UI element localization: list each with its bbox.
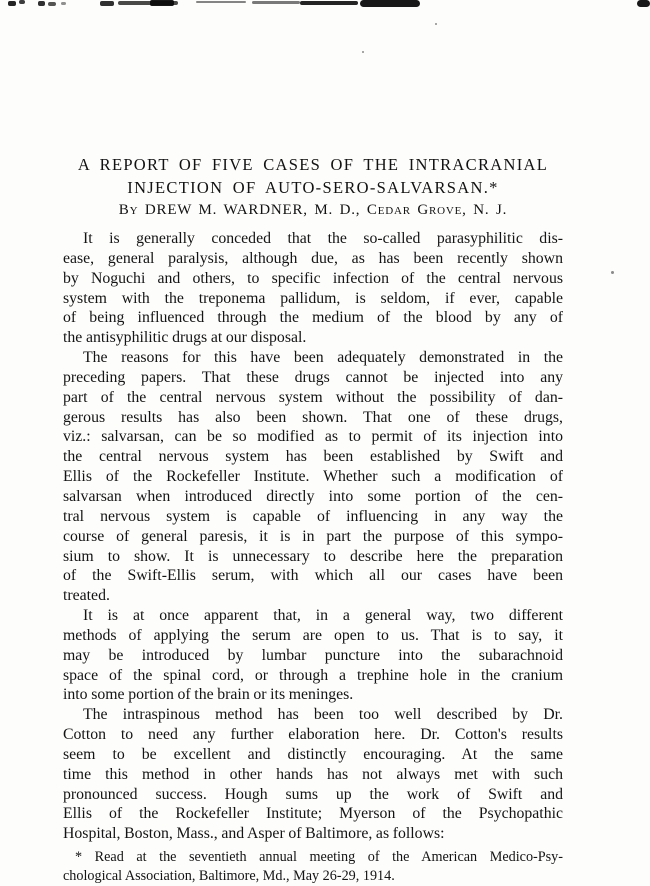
text-line: pronounced success. Hough sums up the wo… (63, 785, 563, 805)
scan-smudge (150, 0, 174, 6)
scan-speck (362, 51, 364, 53)
text-line: part of the central nervous system witho… (63, 388, 563, 408)
scan-smudge (360, 0, 420, 7)
title-line-2: INJECTION OF AUTO-SERO-SALVARSAN.* (63, 176, 563, 199)
scanned-paper-page: A REPORT OF FIVE CASES OF THE INTRACRANI… (0, 0, 650, 886)
text-line: Ellis of the Rockefeller Institute. Whet… (63, 467, 563, 487)
scan-smudge (300, 1, 358, 5)
scan-smudge (196, 1, 246, 3)
text-line: system with the treponema pallidum, is s… (63, 289, 563, 309)
footnote-line: chological Association, Baltimore, Md., … (63, 867, 563, 886)
text-line: ease, general paralysis, although due, a… (63, 249, 563, 269)
text-line: Hospital, Boston, Mass., and Asper of Ba… (63, 824, 563, 844)
text-line: into some portion of the brain or its me… (63, 685, 563, 705)
scan-speck (611, 271, 614, 274)
scan-smudge (19, 0, 25, 4)
scan-smudge (61, 2, 66, 5)
text-line: space of the spinal cord, or through a t… (63, 666, 563, 686)
scan-smudge (100, 1, 114, 6)
text-line: course of general paresis, it is in part… (63, 527, 563, 547)
title-line-1: A REPORT OF FIVE CASES OF THE INTRACRANI… (63, 153, 563, 176)
article-title: A REPORT OF FIVE CASES OF THE INTRACRANI… (63, 153, 563, 199)
scan-smudge (38, 1, 45, 6)
text-line: The reasons for this have been adequatel… (63, 348, 563, 368)
paragraph: The intraspinous method has been too wel… (63, 705, 563, 844)
text-line: may be introduced by lumbar puncture int… (63, 646, 563, 666)
text-line: gerous results has also been shown. That… (63, 408, 563, 428)
text-line: methods of applying the serum are open t… (63, 626, 563, 646)
text-line: It is at once apparent that, in a genera… (63, 606, 563, 626)
text-line: seem to be excellent and distinctly enco… (63, 745, 563, 765)
text-line: by Noguchi and others, to specific infec… (63, 269, 563, 289)
article-byline: By DREW M. WARDNER, M. D., Cedar Grove, … (63, 202, 563, 219)
text-line: time this method in other hands has not … (63, 765, 563, 785)
text-line: Ellis of the Rockefeller Institute; Myer… (63, 804, 563, 824)
text-line: preceding papers. That these drugs canno… (63, 368, 563, 388)
article-body: It is generally conceded that the so-cal… (63, 229, 563, 844)
text-line: of the Swift-Ellis serum, with which all… (63, 566, 563, 586)
text-line: salvarsan when introduced directly into … (63, 487, 563, 507)
text-line: Cotton to need any further elaboration h… (63, 725, 563, 745)
scan-smudge (252, 1, 300, 4)
text-line: viz.: salvarsan, can be so modified as t… (63, 427, 563, 447)
paragraph: It is at once apparent that, in a genera… (63, 606, 563, 705)
scan-smudge (637, 0, 650, 7)
text-line: of being influenced through the medium o… (63, 308, 563, 328)
byline-prefix: By (119, 202, 139, 218)
scan-smudge (48, 2, 56, 6)
footnote: * Read at the seventieth annual meeting … (63, 848, 563, 886)
paragraph: The reasons for this have been adequatel… (63, 348, 563, 606)
scan-speck (435, 23, 437, 25)
text-line: treated. (63, 586, 563, 606)
text-line: tral nervous system is capable of influe… (63, 507, 563, 527)
scan-smudge (8, 1, 16, 6)
byline-location: Cedar Grove, (367, 202, 467, 218)
text-line: sium to show. It is unnecessary to descr… (63, 547, 563, 567)
text-line: The intraspinous method has been too wel… (63, 705, 563, 725)
text-line: the antisyphilitic drugs at our disposal… (63, 328, 563, 348)
footnote-line: * Read at the seventieth annual meeting … (63, 848, 563, 867)
text-line: the central nervous system has been esta… (63, 447, 563, 467)
paragraph: It is generally conceded that the so-cal… (63, 229, 563, 348)
byline-author: DREW M. WARDNER, M. D., (145, 202, 360, 218)
text-line: It is generally conceded that the so-cal… (63, 229, 563, 249)
byline-state: N. J. (473, 202, 507, 218)
